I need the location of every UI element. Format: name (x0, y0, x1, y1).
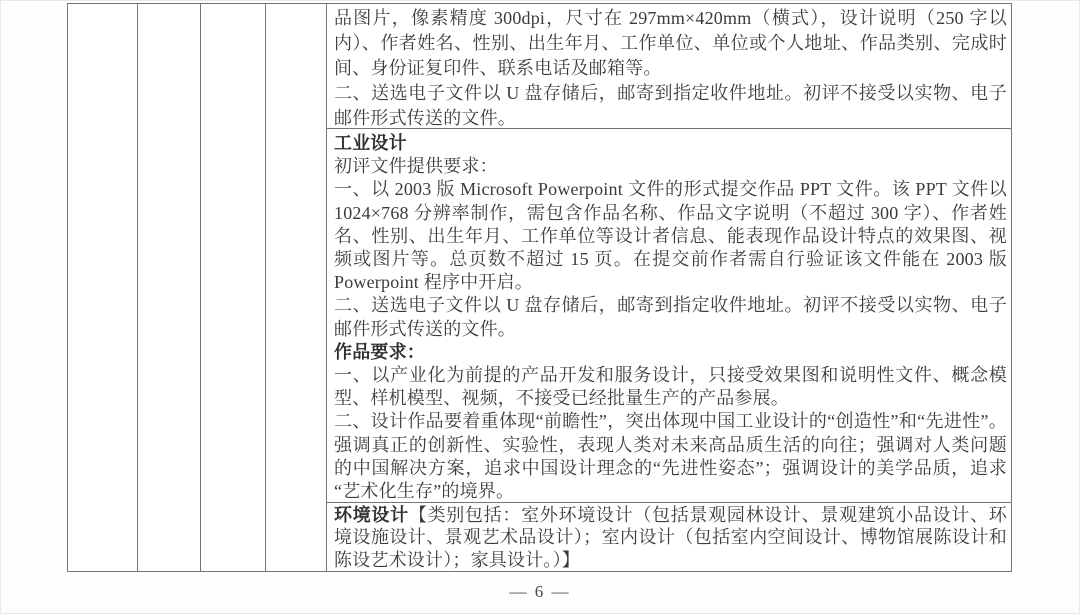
page-number: — 6 — (0, 582, 1080, 602)
table-content-column: 品图片，像素精度 300dpi，尺寸在 297mm×420mm（横式），设计说明… (327, 4, 1011, 571)
table-empty-column-3 (201, 4, 266, 571)
row-continued-from-previous-page: 品图片，像素精度 300dpi，尺寸在 297mm×420mm（横式），设计说明… (327, 4, 1011, 129)
table-empty-column-2 (138, 4, 201, 571)
environment-design-paragraph: 环境设计【类别包括：室外环境设计（包括景观园林设计、景观建筑小品设计、环境设施设… (334, 504, 1007, 571)
environment-design-body: 【类别包括：室外环境设计（包括景观园林设计、景观建筑小品设计、环境设施设计、景观… (334, 505, 1007, 570)
table-empty-column-1 (68, 4, 138, 571)
row-industrial-design: 工业设计 初评文件提供要求： 一、以 2003 版 Microsoft Powe… (327, 129, 1011, 503)
industrial-requirements-item-1: 一、以 2003 版 Microsoft Powerpoint 文件的形式提交作… (334, 178, 1007, 294)
continued-paragraph-1: 品图片，像素精度 300dpi，尺寸在 297mm×420mm（横式），设计说明… (334, 6, 1007, 81)
industrial-requirements-item-2: 二、送选电子文件以 U 盘存储后，邮寄到指定收件地址。初评不接受以实物、电子邮件… (334, 294, 1007, 340)
industrial-works-title: 作品要求： (334, 341, 1007, 364)
row-environment-design: 环境设计【类别包括：室外环境设计（包括景观园林设计、景观建筑小品设计、环境设施设… (327, 503, 1011, 571)
table-empty-column-4 (266, 4, 327, 571)
environment-design-heading: 环境设计 (334, 505, 409, 525)
industrial-works-item-1: 一、以产业化为前提的产品开发和服务设计，只接受效果图和说明性文件、概念模型、样机… (334, 364, 1007, 410)
industrial-works-item-2: 二、设计作品要着重体现“前瞻性”，突出体现中国工业设计的“创造性”和“先进性”。… (334, 410, 1007, 503)
industrial-design-heading: 工业设计 (334, 132, 1007, 155)
submission-requirements-table: 品图片，像素精度 300dpi，尺寸在 297mm×420mm（横式），设计说明… (67, 3, 1012, 572)
document-page: 品图片，像素精度 300dpi，尺寸在 297mm×420mm（横式），设计说明… (0, 0, 1080, 614)
industrial-requirements-title: 初评文件提供要求： (334, 155, 1007, 178)
continued-paragraph-2: 二、送选电子文件以 U 盘存储后，邮寄到指定收件地址。初评不接受以实物、电子邮件… (334, 81, 1007, 129)
